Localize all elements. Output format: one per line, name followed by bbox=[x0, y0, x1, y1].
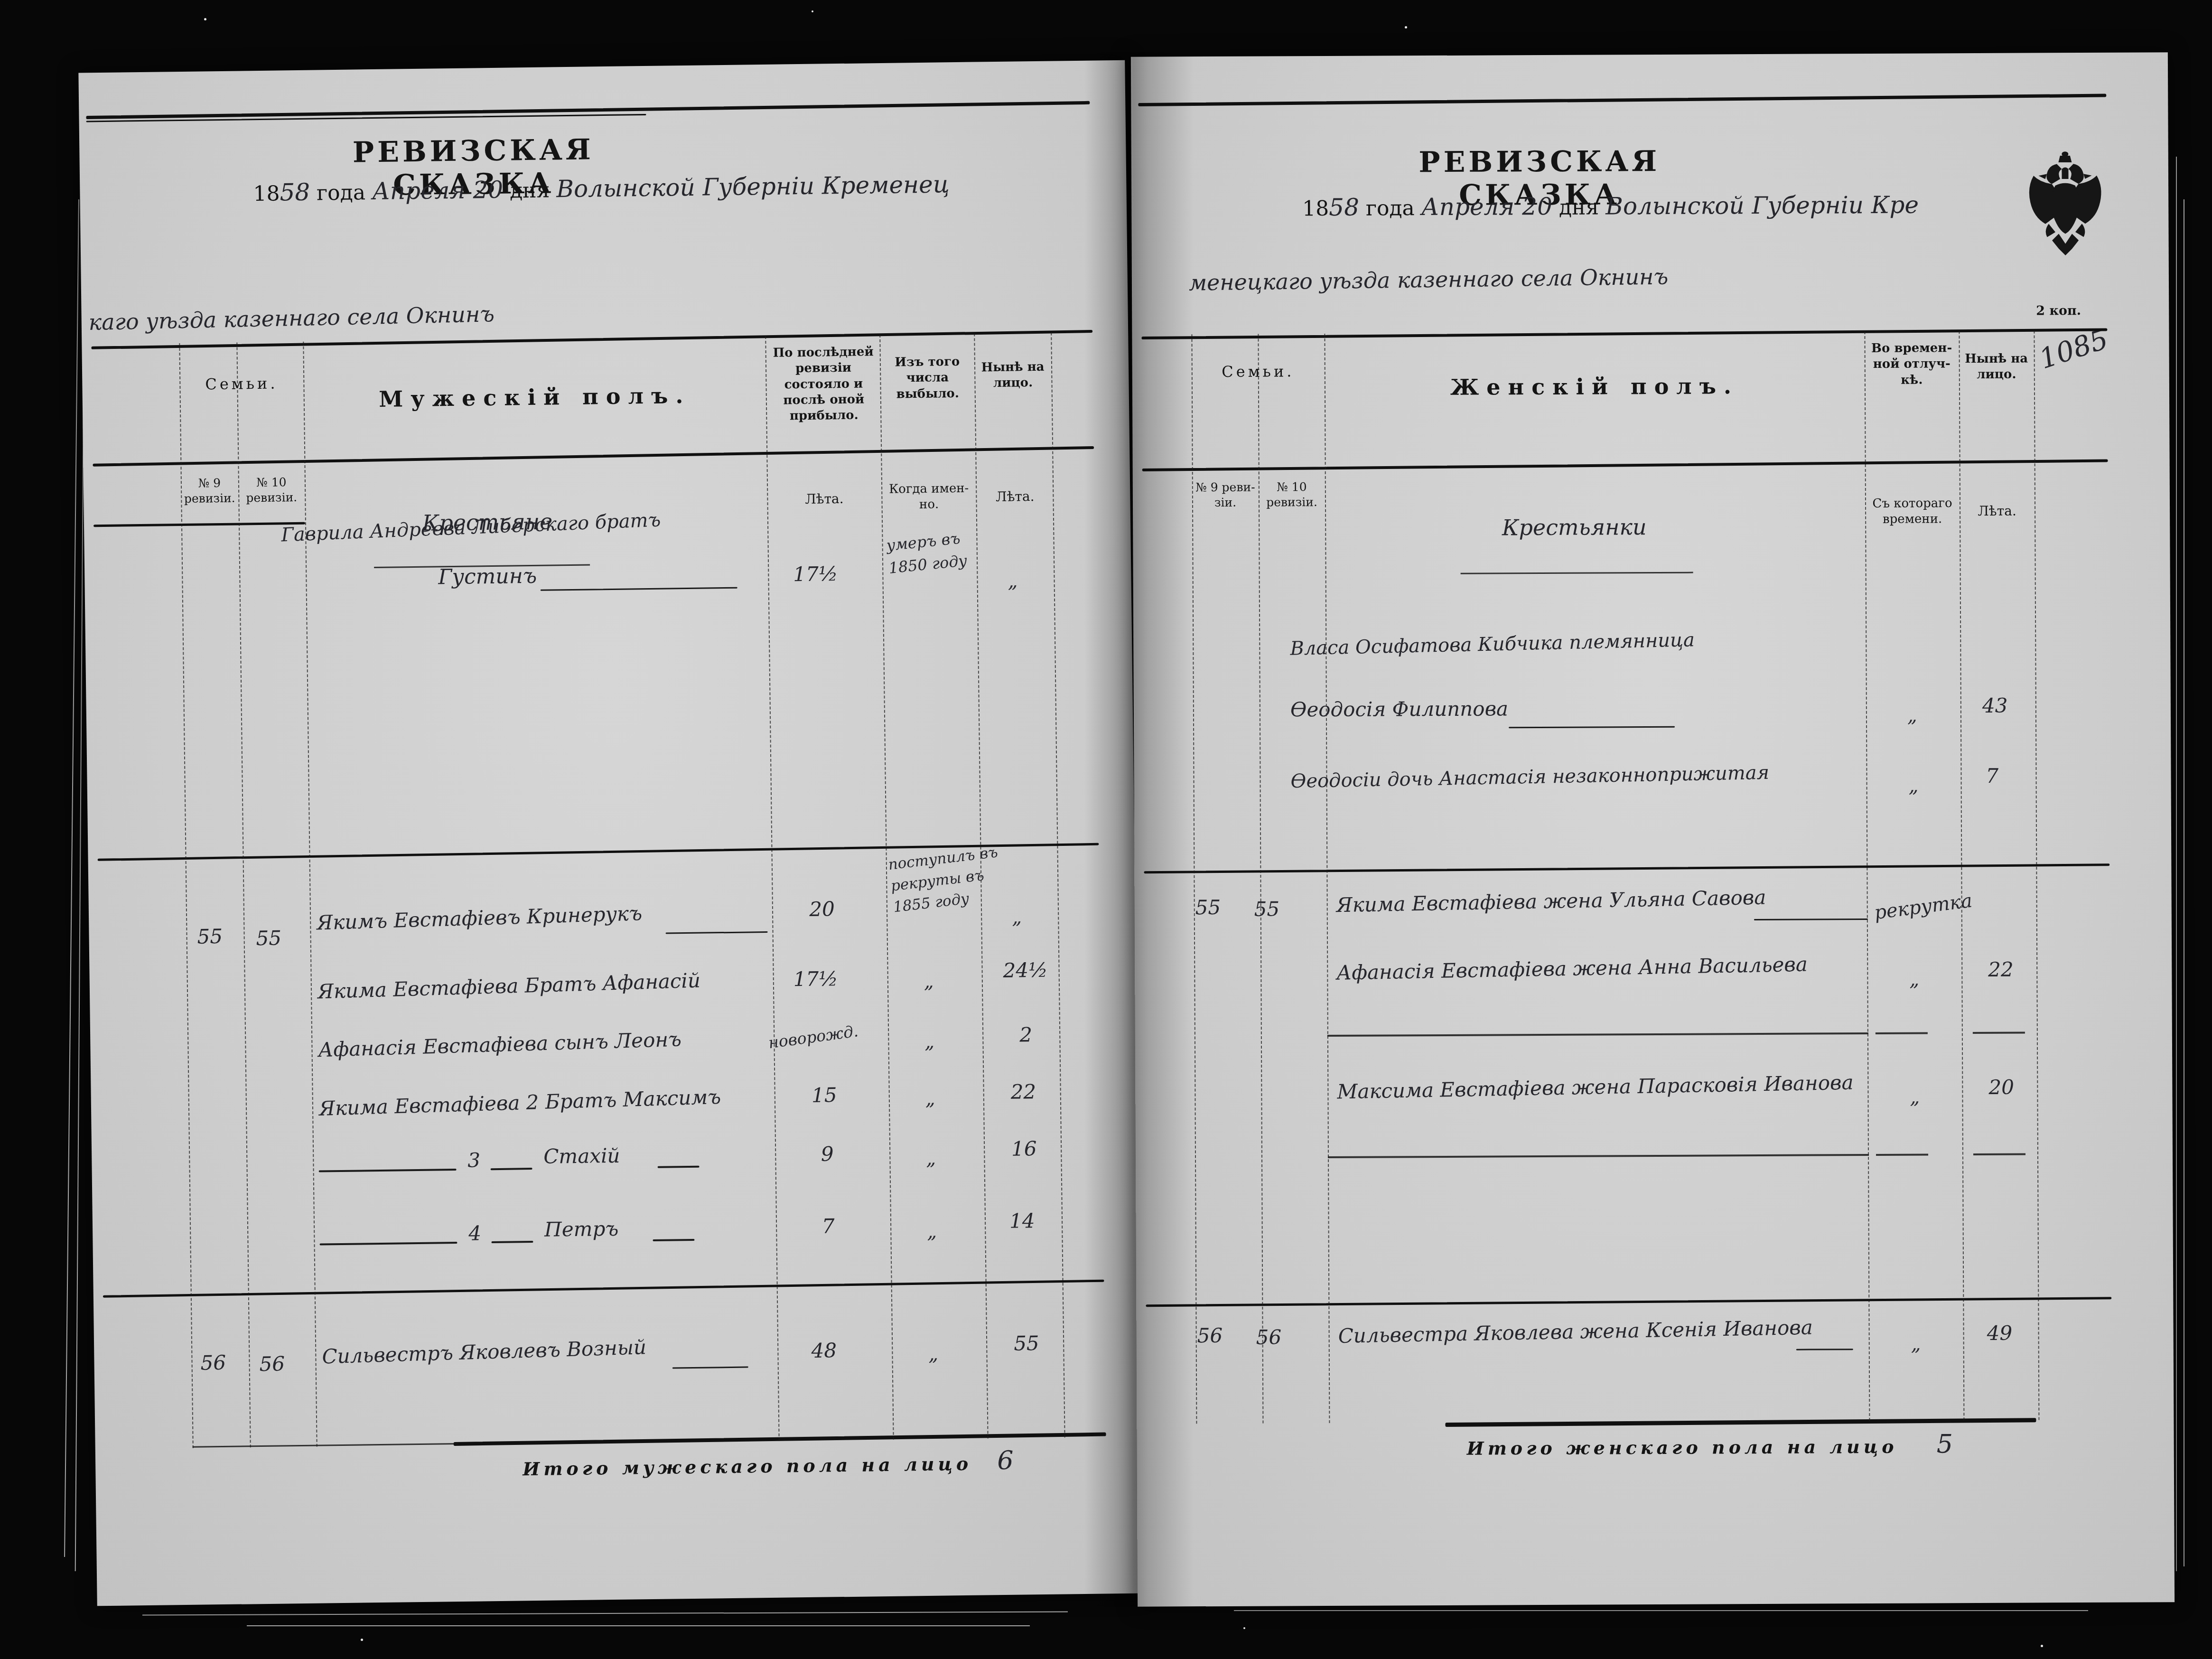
dust-speck bbox=[1405, 26, 1407, 28]
sibling-number: 4 bbox=[468, 1221, 481, 1245]
column-header-female-sex: Женскій полъ. bbox=[1325, 373, 1865, 401]
place-line: менецкаго уѣзда казеннаго села Окнинъ bbox=[1189, 263, 1669, 295]
subheader-revision9: № 9 реви­зіи. bbox=[181, 476, 239, 506]
when-ditto: „ bbox=[928, 1343, 938, 1365]
age-now: 22 bbox=[1010, 1080, 1036, 1104]
names-underline bbox=[1461, 572, 1693, 574]
family-number-9th: 56 bbox=[1197, 1324, 1223, 1347]
table-bottom-rule bbox=[454, 1433, 1106, 1446]
entry-name: Максима Евстафіева жена Парасковія Ивано… bbox=[1337, 1071, 1854, 1104]
subheader-rule bbox=[93, 522, 305, 527]
age-previous: 20 bbox=[789, 897, 856, 921]
ditto-dash bbox=[320, 1242, 457, 1246]
ditto-dash bbox=[658, 1166, 700, 1168]
subheader-revision10: № 10 реви­зіи. bbox=[1259, 479, 1325, 510]
column-line bbox=[1051, 333, 1065, 1438]
row-divider-dash bbox=[1876, 1032, 1928, 1034]
subheader-peasant-women: Крестьянки bbox=[1441, 514, 1707, 540]
departure-note: умеръ въ 1850 году bbox=[885, 526, 968, 580]
date-line: 1858 года Апреля 20 дня Волынской Губерн… bbox=[1302, 191, 1919, 222]
subheader-revision9: № 9 реви­зіи. bbox=[1192, 480, 1259, 511]
when-ditto: „ bbox=[924, 971, 934, 993]
date-printed: 18 bbox=[1302, 197, 1329, 221]
date-printed: 18 bbox=[253, 181, 280, 206]
page-stack-edge bbox=[247, 1625, 1030, 1626]
column-line bbox=[2034, 330, 2039, 1420]
header-rule bbox=[86, 101, 1090, 119]
table-top-rule bbox=[91, 330, 1092, 349]
table-bottom-rule bbox=[1445, 1418, 2036, 1427]
dust-speck bbox=[361, 1639, 363, 1641]
row-divider-dash bbox=[1973, 1032, 2025, 1034]
column-header-now-present: Нынѣ на лицо. bbox=[977, 359, 1049, 392]
date-handwritten-place: Волынской Губерніи Кре bbox=[1605, 191, 1919, 220]
ditto-dash bbox=[653, 1239, 694, 1241]
age-now: 43 bbox=[1982, 694, 2008, 717]
stamp-price: 2 коп. bbox=[2036, 303, 2081, 318]
date-printed: дня bbox=[510, 178, 550, 203]
column-line bbox=[303, 342, 317, 1447]
table-band-rule bbox=[93, 446, 1094, 467]
age-previous: 15 bbox=[791, 1083, 858, 1107]
column-line bbox=[1864, 331, 1870, 1421]
table-band-rule bbox=[1142, 459, 2108, 471]
entry-name: Сильвестръ Яковлевъ Возный bbox=[322, 1335, 647, 1368]
table-bottom-rule bbox=[193, 1443, 458, 1448]
age-previous: 17½ bbox=[782, 562, 849, 586]
subheader-years-prev: Лѣта. bbox=[767, 490, 881, 507]
entry-name: Афанасія Евстафіева сынъ Леонъ bbox=[318, 1028, 682, 1062]
entry-name: Якима Евстафіева Братъ Афанасій bbox=[317, 969, 700, 1003]
entry-name: Якима Евстафіева жена Ульяна Савова bbox=[1336, 886, 1766, 917]
group-separator bbox=[1144, 863, 2109, 873]
since-ditto: „ bbox=[1907, 705, 1917, 727]
date-printed: года bbox=[317, 180, 365, 205]
family-number-10th: 56 bbox=[1256, 1325, 1282, 1349]
column-header-temporary-absence: Во времен­ной отлуч­кѣ. bbox=[1866, 340, 1958, 388]
column-header-family: Семьи. bbox=[1192, 362, 1325, 381]
column-header-departed: Изъ того числа выбыло. bbox=[883, 354, 972, 403]
left-page: РЕВИЗСКАЯ СКАЗКА 1858 года Апреля 20 дня… bbox=[78, 60, 1143, 1606]
age-now: 7 bbox=[1986, 764, 1998, 787]
when-ditto: „ bbox=[927, 1221, 937, 1243]
fill-line bbox=[666, 931, 768, 934]
family-number-10th: 55 bbox=[256, 927, 281, 950]
book-gutter-shadow bbox=[1084, 52, 1194, 1607]
age-previous-newborn: новорожд. bbox=[767, 1022, 859, 1052]
footer-total-label: Итого мужескаго пола на лицо bbox=[523, 1453, 972, 1480]
footer-total-handwritten: 6 bbox=[997, 1445, 1014, 1475]
entry-name: Власа Осифатова Кибчика племянница bbox=[1290, 629, 1695, 660]
footer-total-handwritten: 5 bbox=[1937, 1429, 1953, 1459]
subheader-years-now: Лѣта. bbox=[978, 488, 1052, 505]
age-now: 24½ bbox=[1003, 958, 1048, 982]
footer-total-label: Итого женскаго пола на лицо bbox=[1467, 1436, 1898, 1459]
date-handwritten-month: Апреля 20 bbox=[372, 176, 504, 205]
group-separator bbox=[103, 1280, 1104, 1298]
column-header-now-present: Нынѣ на лицо. bbox=[1960, 351, 2033, 383]
right-page: РЕВИЗСКАЯ СКАЗКА 1858 года Апреля 20 дня… bbox=[1131, 52, 2175, 1607]
place-line: каго уѣзда казеннаго села Окнинъ bbox=[88, 301, 495, 335]
fill-line bbox=[1509, 726, 1675, 729]
family-number-9th: 56 bbox=[200, 1351, 226, 1375]
page-stack-edge bbox=[2176, 157, 2177, 1571]
age-now: 16 bbox=[1011, 1137, 1037, 1161]
age-now-ditto: „ bbox=[1012, 906, 1022, 928]
date-printed: года bbox=[1366, 196, 1415, 220]
age-previous: 7 bbox=[795, 1214, 862, 1238]
since-ditto: „ bbox=[1909, 969, 1919, 991]
entry-name: Якима Евстафіева 2 Братъ Максимъ bbox=[318, 1085, 721, 1120]
column-line bbox=[1324, 334, 1330, 1423]
date-handwritten-year: 58 bbox=[280, 178, 310, 206]
age-now: 20 bbox=[1988, 1076, 2014, 1099]
ditto-dash bbox=[491, 1241, 533, 1243]
fill-line bbox=[541, 587, 737, 591]
family-number-9th: 55 bbox=[1195, 896, 1221, 919]
dust-speck bbox=[812, 10, 813, 12]
since-note-recruit-wife: рекрутка bbox=[1873, 890, 1974, 924]
header-rule bbox=[1138, 94, 2106, 106]
entry-name: Петръ bbox=[544, 1217, 619, 1241]
column-header-male-sex: Мужескій полъ. bbox=[303, 382, 766, 413]
row-divider-dash bbox=[1876, 1153, 1928, 1155]
subheader-revision10: № 10 реви­зіи. bbox=[238, 475, 305, 506]
entry-name: Ѳеодосіи дочь Анастасія незаконноприжита… bbox=[1290, 762, 1769, 792]
column-header-family: Семьи. bbox=[179, 374, 303, 394]
column-line bbox=[236, 343, 251, 1448]
imperial-eagle-stamp-icon bbox=[2024, 150, 2107, 293]
age-now: 49 bbox=[1987, 1322, 2013, 1345]
entry-name: Густинъ bbox=[438, 564, 537, 590]
fill-line bbox=[672, 1367, 748, 1369]
subheader-years: Лѣта. bbox=[1961, 503, 2033, 519]
column-line bbox=[179, 343, 193, 1448]
page-stack-edge bbox=[2184, 199, 2184, 1566]
dust-speck bbox=[204, 18, 206, 20]
sibling-number: 3 bbox=[467, 1148, 480, 1172]
subheader-since-when: Съ котораго времени. bbox=[1867, 496, 1958, 527]
since-ditto: „ bbox=[1910, 1087, 1920, 1108]
ditto-dash bbox=[319, 1169, 457, 1172]
age-now: 2 bbox=[1019, 1023, 1032, 1046]
row-divider bbox=[1327, 1032, 1868, 1037]
age-now: 14 bbox=[1009, 1209, 1035, 1233]
table-top-rule bbox=[1141, 328, 2107, 339]
family-number-10th: 56 bbox=[259, 1352, 285, 1376]
dust-speck bbox=[1243, 1627, 1245, 1629]
dust-speck bbox=[2041, 1645, 2043, 1647]
entry-name: Стахій bbox=[543, 1144, 620, 1168]
page-stack-edge bbox=[142, 1612, 1068, 1616]
book-photo: РЕВИЗСКАЯ СКАЗКА 1858 года Апреля 20 дня… bbox=[0, 0, 2212, 1659]
entry-name: Якимъ Евстафіевъ Кринерукъ bbox=[317, 901, 643, 934]
entry-name: Сильвестра Яковлева жена Ксенія Иванова bbox=[1338, 1316, 1813, 1348]
age-previous: 48 bbox=[791, 1339, 858, 1363]
row-divider-dash bbox=[1973, 1153, 2025, 1155]
when-ditto: „ bbox=[924, 1031, 934, 1053]
since-ditto: „ bbox=[1909, 775, 1919, 797]
fill-line bbox=[1754, 919, 1868, 920]
date-handwritten-month: Апреля 20 bbox=[1421, 193, 1552, 221]
column-header-prev-revision: По послѣдней ревизіи состояло и послѣ он… bbox=[769, 344, 878, 424]
entry-name: Ѳеодосія Филиппова bbox=[1290, 697, 1508, 721]
age-previous: 9 bbox=[794, 1142, 861, 1166]
family-number-9th: 55 bbox=[197, 925, 223, 948]
ditto-dash bbox=[491, 1168, 532, 1170]
subheader-when-exactly: Когда имен­но. bbox=[884, 481, 974, 514]
departure-note: поступилъ въ рекруты въ 1855 году bbox=[887, 842, 1004, 918]
column-line bbox=[1959, 331, 1964, 1420]
date-handwritten-year: 58 bbox=[1329, 194, 1359, 221]
when-ditto: „ bbox=[925, 1088, 935, 1110]
row-divider bbox=[1328, 1154, 1869, 1158]
age-previous: 17½ bbox=[782, 967, 849, 991]
age-now-ditto: „ bbox=[1008, 570, 1017, 592]
family-number-10th: 55 bbox=[1254, 897, 1280, 920]
date-handwritten-place: Волынской Губерніи Кременец bbox=[556, 170, 950, 203]
page-stack-edge bbox=[1234, 1610, 2088, 1611]
group-separator bbox=[1146, 1297, 2111, 1307]
entry-name: Афанасія Евстафіева жена Анна Васильева bbox=[1336, 953, 1808, 984]
age-now: 55 bbox=[1014, 1331, 1039, 1355]
date-printed: дня bbox=[1559, 195, 1599, 219]
when-ditto: „ bbox=[926, 1148, 936, 1170]
fill-line bbox=[1796, 1349, 1853, 1350]
age-now: 22 bbox=[1988, 958, 2014, 981]
since-ditto: „ bbox=[1911, 1333, 1921, 1355]
